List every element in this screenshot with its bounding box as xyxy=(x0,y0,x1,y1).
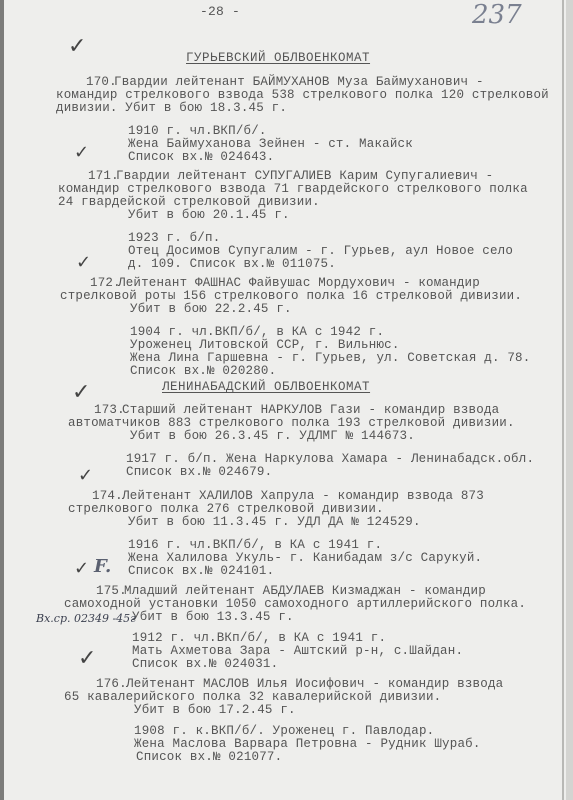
entry-detail: Список вх.№ 024679. xyxy=(126,466,272,479)
entry-detail: Список вх.№ 021077. xyxy=(136,751,282,764)
scan-right-edge xyxy=(562,0,564,800)
entry-line: Убит в бою 13.3.45 г. xyxy=(132,611,294,624)
entry-line: Убит в бою 11.3.45 г. УДЛ ДА № 124529. xyxy=(128,516,421,529)
scan-right-margin xyxy=(566,0,573,800)
entry-detail: д. 109. Список вх.№ 011075. xyxy=(128,258,336,271)
entry-detail: Список вх.№ 024031. xyxy=(132,658,278,671)
entry-line: Убит в бою 26.3.45 г. УДЛМГ № 144673. xyxy=(130,430,415,443)
checkmark-icon: ✓ xyxy=(74,142,89,163)
margin-mark-f: F. xyxy=(94,556,111,577)
entry-detail: Список вх.№ 024643. xyxy=(128,151,274,164)
checkmark-icon: ✓ xyxy=(78,646,96,671)
entry-line: Убит в бою 20.1.45 г. xyxy=(128,209,290,222)
section-title-leninabad: ЛЕНИНАБАДСКИЙ ОБЛВОЕНКОМАТ xyxy=(162,381,370,394)
checkmark-icon: ✓ xyxy=(78,465,93,486)
entry-line: Убит в бою 17.2.45 г. xyxy=(134,704,296,717)
checkmark-icon: ✓ xyxy=(68,34,86,59)
checkmark-icon: ✓ xyxy=(76,252,91,273)
entry-detail: Список вх.№ 020280. xyxy=(130,365,276,378)
entry-line: Убит в бою 22.2.45 г. xyxy=(130,303,292,316)
section-title-guryev: ГУРЬЕВСКИЙ ОБЛВОЕНКОМАТ xyxy=(186,52,370,65)
checkmark-icon: ✓ xyxy=(74,558,89,579)
entry-detail: Список вх.№ 024101. xyxy=(128,565,274,578)
scan-left-edge xyxy=(0,0,4,800)
margin-note-incoming: Вх.ср. 02349 -45г xyxy=(36,612,136,625)
page-number: -28 - xyxy=(200,5,240,18)
archive-page-number: 237 xyxy=(472,0,522,30)
entry-line: дивизии. Убит в бою 18.3.45 г. xyxy=(56,102,287,115)
document-page: -28 - 237 ✓ ГУРЬЕВСКИЙ ОБЛВОЕНКОМАТ 170.… xyxy=(0,0,573,800)
checkmark-icon: ✓ xyxy=(72,380,90,405)
